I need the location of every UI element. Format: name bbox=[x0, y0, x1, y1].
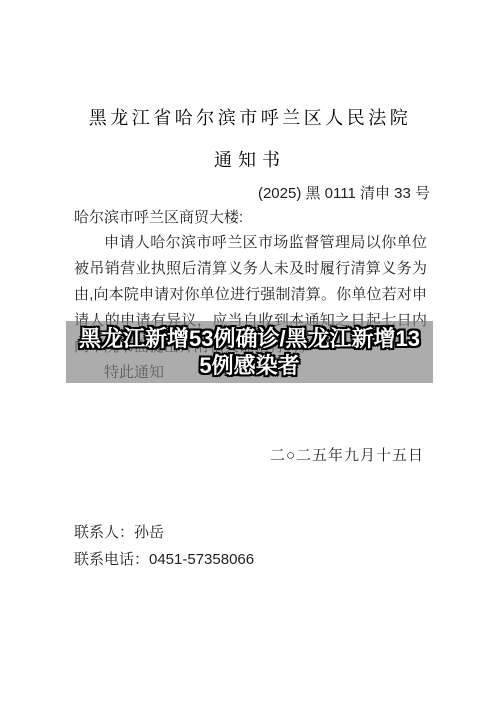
case-number: (2025) 黑 0111 清申 33 号 bbox=[258, 182, 430, 203]
date-line: 二○二五年九月十五日 bbox=[270, 444, 424, 465]
recipient-line: 哈尔滨市呼兰区商贸大楼: bbox=[74, 206, 243, 227]
document-type-title: 通知书 bbox=[0, 146, 500, 172]
headline-text-line-1: 黑龙江新增53例确诊/黑龙江新增13 bbox=[79, 325, 420, 352]
notice-document-page: 黑龙江省哈尔滨市呼兰区人民法院 通知书 (2025) 黑 0111 清申 33 … bbox=[0, 0, 500, 706]
contact-phone-line: 联系电话：0451-57358066 bbox=[74, 548, 254, 569]
contact-person-line: 联系人：孙岳 bbox=[74, 521, 164, 542]
court-name-title: 黑龙江省哈尔滨市呼兰区人民法院 bbox=[0, 104, 500, 130]
news-headline-overlay-banner: 黑龙江新增53例确诊/黑龙江新增13 5例感染者 bbox=[66, 321, 433, 383]
headline-text-line-2: 5例感染者 bbox=[199, 352, 299, 379]
